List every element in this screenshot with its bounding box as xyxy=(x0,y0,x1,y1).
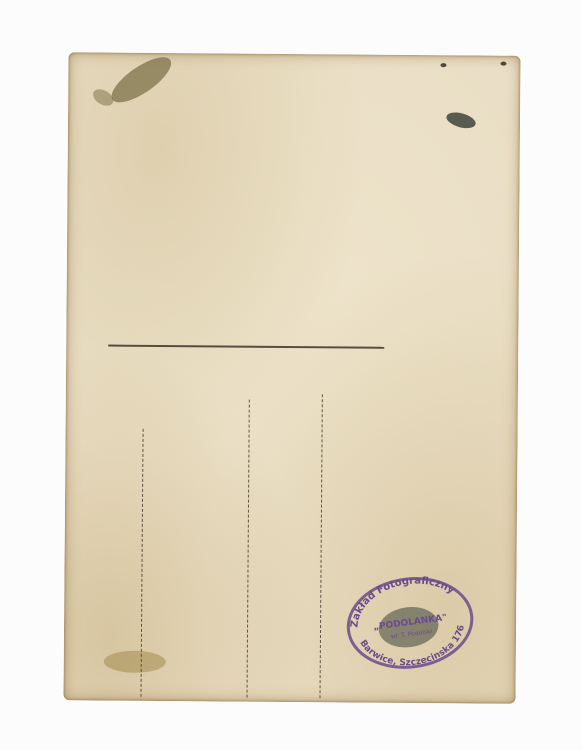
stain-bottom-left xyxy=(104,651,166,673)
photo-studio-stamp: Zakład Fotograficzny „PODOLANKA" wł. T. … xyxy=(338,567,481,680)
spot-top-right xyxy=(440,63,446,67)
divider-vertical-2 xyxy=(246,400,249,698)
divider-vertical-3 xyxy=(319,394,322,698)
stain-top-right xyxy=(445,110,478,131)
stain-top-left xyxy=(105,49,177,110)
spot-top-right-2 xyxy=(500,62,506,66)
postcard-back: Zakład Fotograficzny „PODOLANKA" wł. T. … xyxy=(63,52,520,704)
address-divider-horizontal xyxy=(108,345,384,349)
